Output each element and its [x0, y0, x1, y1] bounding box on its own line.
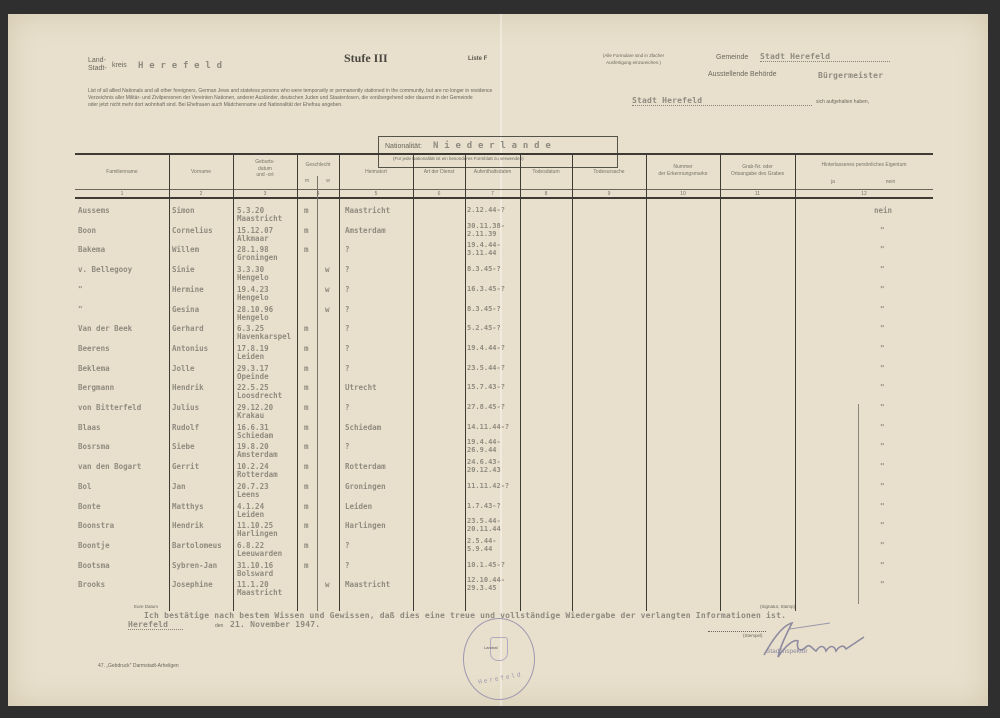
district-label-kreis: kreis [112, 62, 127, 69]
date-prefix: den [215, 623, 223, 630]
col-divider [572, 154, 573, 611]
district-label-land: Land- [88, 57, 106, 64]
cell-surname: Boon [78, 226, 96, 235]
cell-property: " [880, 580, 885, 589]
cell-hometown: ? [345, 305, 350, 314]
cell-stay-dates: 19.4.44- 26.9.44 [467, 438, 501, 454]
cell-firstname: Simon [172, 206, 195, 215]
cell-surname: Boonstra [78, 521, 114, 530]
cell-sex: m [304, 482, 309, 491]
col-header-stay: Aufenthaltsdaten [465, 169, 520, 176]
col-header-birth: Geburts- datum und -ort [233, 159, 297, 179]
cell-firstname: Gerrit [172, 462, 199, 471]
col-header-sex-w: w [317, 178, 339, 185]
stamp-center-text: Landrat [484, 645, 498, 652]
cell-sex: m [304, 423, 309, 432]
cell-sex: m [304, 541, 309, 550]
district-value: H e r e f e l d [138, 61, 222, 71]
cell-stay-dates: 14.11.44-? [467, 423, 509, 431]
cell-birthplace: Leiden [237, 352, 264, 361]
paper-fold [500, 14, 502, 706]
cell-sex: w [325, 305, 330, 314]
cell-hometown: ? [345, 265, 350, 274]
cell-birthplace: Hengelo [237, 273, 269, 282]
col-divider [795, 154, 796, 611]
cell-property: " [880, 521, 885, 530]
community-value: Stadt Herefeld [632, 96, 812, 106]
col-divider [233, 154, 234, 611]
cell-hometown: ? [345, 541, 350, 550]
community-suffix: sich aufgehalten haben, [816, 99, 869, 106]
cell-property: " [880, 541, 885, 550]
cell-surname: Beklema [78, 364, 110, 373]
cell-firstname: Antonius [172, 344, 208, 353]
cell-property: " [880, 423, 885, 432]
cell-birthplace: Hengelo [237, 313, 269, 322]
col-header-tag-number: Nummer der Erkennungsmarke [646, 164, 720, 177]
cell-stay-dates: 8.3.45-? [467, 305, 501, 313]
signature-line [708, 631, 766, 632]
cell-stay-dates: 12.10.44- 29.3.45 [467, 576, 505, 592]
cell-property: " [880, 245, 885, 254]
cell-surname: Brooks [78, 580, 105, 589]
cell-stay-dates: 23.5.44- 20.11.44 [467, 517, 501, 533]
col-number: 7 [465, 191, 520, 197]
col-divider [520, 154, 521, 611]
cell-hometown: Leiden [345, 502, 372, 511]
cell-property: " [880, 482, 885, 491]
nationality-box: Nationalität: N i e d e r l a n d e (Für… [378, 136, 618, 168]
cell-property: " [880, 265, 885, 274]
col-divider [646, 154, 647, 611]
cell-sex: m [304, 226, 309, 235]
cell-surname: Aussems [78, 206, 110, 215]
cell-property: " [880, 344, 885, 353]
cell-firstname: Sybren-Jan [172, 561, 217, 570]
cell-sex: m [304, 344, 309, 353]
col-divider [169, 154, 170, 611]
stamp-ring-text: Herefeld [478, 671, 523, 686]
col-header-hometown: Heimatort [339, 169, 413, 176]
cell-birthplace: Opeinde [237, 372, 269, 381]
cell-surname: van den Bogart [78, 462, 141, 471]
signature-label: (Signatur, Stamp) [760, 604, 795, 611]
cell-sex: m [304, 462, 309, 471]
cell-stay-dates: 16.3.45-? [467, 285, 505, 293]
cell-sex: m [304, 403, 309, 412]
cell-sex: w [325, 285, 330, 294]
cell-hometown: Utrecht [345, 383, 377, 392]
cell-hometown: ? [345, 245, 350, 254]
cell-stay-dates: 5.2.45-? [467, 324, 501, 332]
cell-hometown: Amsterdam [345, 226, 386, 235]
cell-property: " [880, 305, 885, 314]
cell-stay-dates: 30.11.38- 2.11.39 [467, 222, 505, 238]
printer-note: 47. „Gebdruck" Darmstadt-Arheilgen [98, 663, 179, 670]
cell-surname: Blaas [78, 423, 101, 432]
cell-sex: m [304, 364, 309, 373]
cell-sex: w [325, 580, 330, 589]
col-number: 12 [795, 191, 933, 197]
cell-stay-dates: 2.5.44- 5.9.44 [467, 537, 497, 553]
cell-birthplace: Leens [237, 490, 260, 499]
cell-property: " [880, 364, 885, 373]
cell-birthplace: Harlingen [237, 529, 278, 538]
col-header-surname: Familienname [75, 169, 169, 176]
cell-property: " [880, 561, 885, 570]
cell-surname: " [78, 305, 83, 314]
duplicate-note: (Alle Formulare sind in 3facher Ausferti… [586, 53, 681, 66]
cell-sex: w [325, 265, 330, 274]
cell-firstname: Rudolf [172, 423, 199, 432]
cell-firstname: Josephine [172, 580, 213, 589]
col-number: 9 [572, 191, 646, 197]
col-header-property: Hinterlassenes persönliches Eigentum [795, 162, 933, 169]
cell-birthplace: Krakau [237, 411, 264, 420]
cell-firstname: Hermine [172, 285, 204, 294]
cell-stay-dates: 11.11.42-? [467, 482, 509, 490]
table-top-rule [75, 153, 933, 155]
col-number: 4 [297, 191, 339, 197]
cell-birthplace: Alkmaar [237, 234, 269, 243]
col-header-sex-m: m [297, 178, 317, 185]
cell-surname: Beerens [78, 344, 110, 353]
cell-property: " [880, 324, 885, 333]
stage-title: Stufe III [344, 51, 388, 66]
cell-sex: m [304, 561, 309, 570]
cell-birthplace: Bolsward [237, 569, 273, 578]
cell-firstname: Jan [172, 482, 186, 491]
cell-firstname: Sinie [172, 265, 195, 274]
cell-hometown: Groningen [345, 482, 386, 491]
cell-sex: m [304, 206, 309, 215]
footer-place: Herefeld [128, 620, 183, 630]
cell-property: " [880, 462, 885, 471]
col-subdivider [317, 176, 318, 611]
cell-firstname: Bartolomeus [172, 541, 222, 550]
col-number: 5 [339, 191, 413, 197]
header-bottom-rule [75, 197, 933, 199]
cell-property: " [880, 383, 885, 392]
footer-date: 21. November 1947. [230, 620, 320, 629]
nationality-label: Nationalität: [385, 143, 422, 150]
col-number: 3 [233, 191, 297, 197]
col-number: 11 [720, 191, 795, 197]
cell-birthplace: Leiden [237, 510, 264, 519]
cell-stay-dates: 19.4.44- 3.11.44 [467, 241, 501, 257]
date-small-label: Eure Datum [134, 604, 158, 611]
cell-property: " [880, 285, 885, 294]
cell-surname: Bergmann [78, 383, 114, 392]
col-divider [720, 154, 721, 611]
cell-birthplace: Rotterdam [237, 470, 278, 479]
col-header-property-ja: ja [823, 179, 843, 186]
cell-hometown: Maastricht [345, 206, 390, 215]
cell-firstname: Gerhard [172, 324, 204, 333]
cell-property: " [880, 403, 885, 412]
cell-hometown: Harlingen [345, 521, 386, 530]
cell-stay-dates: 19.4.44-? [467, 344, 505, 352]
cell-property: nein [874, 206, 892, 215]
cell-hometown: Rotterdam [345, 462, 386, 471]
cell-surname: Bakema [78, 245, 105, 254]
cell-surname: Bootsma [78, 561, 110, 570]
cell-surname: Bonte [78, 502, 101, 511]
cell-firstname: Hendrik [172, 521, 204, 530]
cell-birthplace: Maastricht [237, 588, 282, 597]
cell-surname: Van der Beek [78, 324, 132, 333]
cell-property: " [880, 502, 885, 511]
cell-surname: Bol [78, 482, 92, 491]
document-page: Land- Stadt- kreis H e r e f e l d Stufe… [8, 14, 988, 706]
cell-sex: m [304, 245, 309, 254]
cell-stay-dates: 24.6.43- 20.12.43 [467, 458, 501, 474]
cell-birthplace: Maastricht [237, 214, 282, 223]
list-label: Liste F [468, 56, 487, 62]
handwritten-signature [760, 619, 870, 664]
col-number: 10 [646, 191, 720, 197]
cell-firstname: Julius [172, 403, 199, 412]
confirmation-text: Ich bestätige nach bestem Wissen und Gew… [144, 611, 786, 620]
cell-hometown: Schiedam [345, 423, 381, 432]
col-divider [413, 154, 414, 611]
cell-firstname: Hendrik [172, 383, 204, 392]
signer-title: Stadtinspektor [766, 649, 808, 656]
cell-birthplace: Leeuwarden [237, 549, 282, 558]
cell-firstname: Jolle [172, 364, 195, 373]
cell-stay-dates: 10.1.45-? [467, 561, 505, 569]
col-header-firstname: Vorname [169, 169, 233, 176]
col-header-death-date: Todesdatum [520, 169, 572, 176]
official-stamp: Landrat Herefeld [463, 618, 535, 700]
duplicate-note-line2: Ausfertigung einzureichen.) [586, 60, 681, 67]
cell-sex: m [304, 383, 309, 392]
cell-firstname: Cornelius [172, 226, 213, 235]
col-number: 8 [520, 191, 572, 197]
cell-birthplace: Hengelo [237, 293, 269, 302]
col-header-service: Art der Dienst [413, 169, 465, 176]
col-divider [339, 154, 340, 611]
instructions-english: List of all allied Nationals and all oth… [88, 88, 928, 95]
cell-firstname: Gesina [172, 305, 199, 314]
cell-birthplace: Amsterdam [237, 450, 278, 459]
cell-stay-dates: 2.12.44-? [467, 206, 505, 214]
col-number: 1 [75, 191, 169, 197]
district-label: Land- Stadt- [88, 57, 107, 73]
district-label-stadt: Stadt- [88, 65, 107, 72]
cell-firstname: Matthys [172, 502, 204, 511]
col-divider [465, 154, 466, 611]
cell-birthplace: Groningen [237, 253, 278, 262]
cell-sex: m [304, 521, 309, 530]
cell-stay-dates: 1.7.43-? [467, 502, 501, 510]
cell-sex: m [304, 324, 309, 333]
cell-sex: m [304, 502, 309, 511]
col-header-grave: Grab-Nr. oder Ortsangabe des Grabes [720, 164, 795, 177]
col-divider [297, 154, 298, 611]
cell-stay-dates: 15.7.43-? [467, 383, 505, 391]
header-divider [75, 189, 933, 190]
cell-hometown: ? [345, 403, 350, 412]
cell-firstname: Siebe [172, 442, 195, 451]
cell-surname: Bosrsma [78, 442, 110, 451]
cell-property: " [880, 226, 885, 235]
col-number: 2 [169, 191, 233, 197]
cell-property: " [880, 442, 885, 451]
municipality-value: Stadt Herefeld [760, 52, 890, 62]
municipality-label: Gemeinde [716, 54, 748, 61]
cell-hometown: ? [345, 285, 350, 294]
authority-label: Ausstellende Behörde [708, 71, 777, 78]
cell-birthplace: Schiedam [237, 431, 273, 440]
cell-hometown: Maastricht [345, 580, 390, 589]
instructions-german: Verzeichnis aller Militär- und Zivilpers… [88, 95, 628, 102]
cell-hometown: ? [345, 344, 350, 353]
col-header-death-cause: Todesursache [572, 169, 646, 176]
cell-hometown: ? [345, 561, 350, 570]
cell-stay-dates: 8.3.45-? [467, 265, 501, 273]
cell-stay-dates: 23.5.44-? [467, 364, 505, 372]
col-number: 6 [413, 191, 465, 197]
cell-stay-dates: 27.8.45-? [467, 403, 505, 411]
cell-hometown: ? [345, 442, 350, 451]
cell-surname: von Bitterfeld [78, 403, 141, 412]
cell-surname: Boontje [78, 541, 110, 550]
cell-birthplace: Loosdrecht [237, 391, 282, 400]
cell-hometown: ? [345, 364, 350, 373]
authority-value: Bürgermeister [818, 71, 883, 80]
cell-hometown: ? [345, 324, 350, 333]
col-header-property-nein: nein [878, 179, 903, 186]
col-subdivider-property [858, 404, 859, 604]
cell-surname: " [78, 285, 83, 294]
cell-surname: v. Bellegooy [78, 265, 132, 274]
cell-birthplace: Havenkarspel [237, 332, 291, 341]
cell-sex: m [304, 442, 309, 451]
nationality-value: N i e d e r l a n d e [433, 141, 551, 151]
cell-firstname: Willem [172, 245, 199, 254]
instructions-german-2: oder jetzt nicht mehr dort wohnhaft sind… [88, 102, 628, 109]
col-header-sex: Geschlecht [297, 162, 339, 169]
